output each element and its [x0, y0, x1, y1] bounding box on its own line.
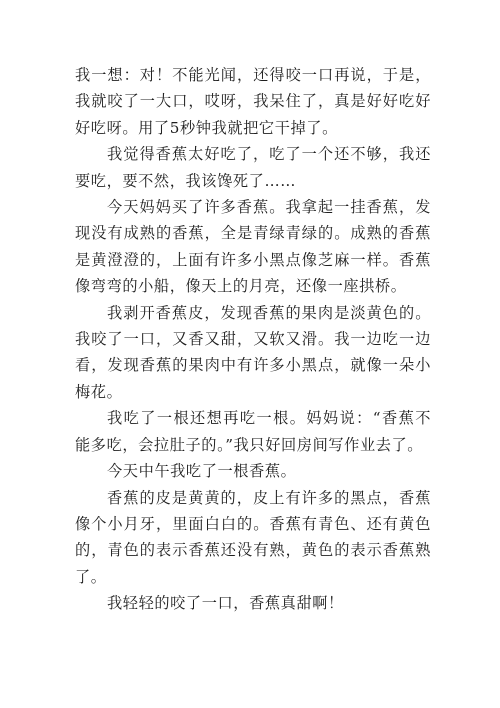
paragraph-2: 我觉得香蕉太好吃了，吃了一个还不够，我还要吃，要不然，我该馋死了…… — [75, 141, 431, 194]
paragraph-1: 我一想：对！不能光闻，还得咬一口再说，于是，我就咬了一大口，哎呀，我呆住了，真是… — [75, 62, 431, 141]
paragraph-7: 香蕉的皮是黄黄的，皮上有许多的黑点，香蕉像个小月牙，里面白白的。香蕉有青色、还有… — [75, 485, 431, 591]
document-page: 我一想：对！不能光闻，还得咬一口再说，于是，我就咬了一大口，哎呀，我呆住了，真是… — [75, 62, 431, 617]
paragraph-3: 今天妈妈买了许多香蕉。我拿起一挂香蕉，发现没有成熟的香蕉，全是青绿青绿的。成熟的… — [75, 194, 431, 300]
paragraph-6: 今天中午我吃了一根香蕉。 — [75, 458, 431, 484]
paragraph-8: 我轻轻的咬了一口，香蕉真甜啊！ — [75, 590, 431, 616]
paragraph-5: 我吃了一根还想再吃一根。妈妈说：“香蕉不能多吃，会拉肚子的。”我只好回房间写作业… — [75, 405, 431, 458]
paragraph-4: 我剥开香蕉皮，发现香蕉的果肉是淡黄色的。我咬了一口，又香又甜，又软又滑。我一边吃… — [75, 300, 431, 406]
